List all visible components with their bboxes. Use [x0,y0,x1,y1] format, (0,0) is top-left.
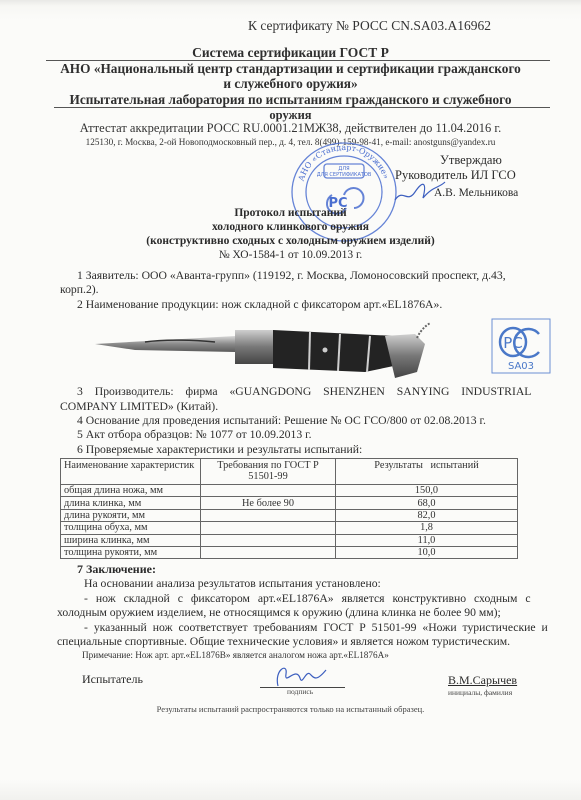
table-header-row: Наименование характеристик Требования по… [61,459,518,485]
tester-signature-icon [270,660,330,690]
requirement-cell: Не более 90 [201,497,336,509]
table-row: ширина клинка, мм11,0 [61,534,518,546]
organization-name-line1: АНО «Национальный центр стандартизации и… [0,61,581,77]
approval-name: А.В. Мельникова [434,187,518,199]
conclusion-intro: На основании анализа результатов испытан… [84,577,381,590]
product-name: 2 Наименование продукции: нож складной с… [77,298,442,311]
conclusion-point1-line2: холодным оружием изделием, не относящимс… [57,606,501,619]
table-row: общая длина ножа, мм150,0 [61,485,518,497]
protocol-subtitle-2: (конструктивно сходных с холодным оружие… [0,235,581,247]
characteristic-cell: толщина обуха, мм [61,522,201,534]
checked-characteristics-heading: 6 Проверяемые характеристики и результат… [77,443,362,456]
conclusion-point1-line1: - нож складной с фиксатором арт.«EL1876A… [84,592,531,605]
requirement-cell [201,534,336,546]
approval-position: Руководитель ИЛ ГСО [395,168,516,183]
laboratory-name-line1: Испытательная лаборатория по испытаниям … [0,92,581,108]
requirement-cell [201,522,336,534]
sampling-act: 5 Акт отбора образцов: № 1077 от 10.09.2… [77,428,312,441]
result-cell: 10,0 [336,546,518,558]
applicant-line1: 1 Заявитель: ООО «Аванта-групп» (119192,… [77,269,506,282]
characteristic-cell: длина клинка, мм [61,497,201,509]
svg-text:SA03: SA03 [508,361,534,372]
knife-photo-icon [95,322,430,380]
accreditation-line: Аттестат аккредитации РОСС RU.0001.21МЖ3… [0,121,581,136]
table-row: толщина рукояти, мм10,0 [61,546,518,558]
requirement-cell [201,485,336,497]
signature-caption: подпись [287,687,313,696]
applicant-line2: корп.2). [60,283,99,296]
table-row: длина клинка, ммНе более 9068,0 [61,497,518,509]
test-basis: 4 Основание для проведения испытаний: Ре… [77,414,486,427]
protocol-subtitle: холодного клинкового оружия [0,221,581,233]
tester-name-caption: инициалы, фамилия [448,688,512,697]
characteristic-cell: длина рукояти, мм [61,509,201,521]
conclusion-point2-line2: специальные спортивные. Общие технически… [57,635,510,648]
certificate-reference: К сертификату № РОСС CN.SA03.A16962 [248,18,491,34]
table-row: длина рукояти, мм82,0 [61,509,518,521]
manufacturer-line1: 3 Производитель: фирма «GUANGDONG SHENZH… [77,385,531,398]
characteristic-cell: толщина рукояти, мм [61,546,201,558]
result-cell: 150,0 [336,485,518,497]
tester-name: В.М.Сарычев [448,673,517,688]
tester-role: Испытатель [82,672,143,687]
requirement-cell [201,546,336,558]
result-cell: 11,0 [336,534,518,546]
certification-mark-icon: РС SA03 [491,318,551,374]
column-header-result: Результаты испытаний [336,459,518,485]
footer-disclaimer: Результаты испытаний распространяются то… [0,704,581,714]
svg-text:РС: РС [503,334,523,352]
table-row: толщина обуха, мм1,8 [61,522,518,534]
conclusion-note: Примечание: Нож арт. арт.«EL1876B» являе… [82,650,389,660]
result-cell: 82,0 [336,509,518,521]
result-cell: 68,0 [336,497,518,509]
conclusion-point2-line1: - указанный нож соответствует требования… [84,621,548,634]
column-header-requirement: Требования по ГОСТ Р 51501-99 [201,459,336,485]
conclusion-title: 7 Заключение: [77,562,156,577]
certification-system-title: Система сертификации ГОСТ Р [0,45,581,61]
svg-text:ДЛЯ СЕРТИФИКАТОВ: ДЛЯ СЕРТИФИКАТОВ [317,172,372,178]
protocol-number: № ХО-1584-1 от 10.09.2013 г. [0,249,581,261]
test-results-table: Наименование характеристик Требования по… [60,458,518,559]
protocol-title: Протокол испытаний [0,207,581,219]
column-header-characteristic: Наименование характеристик [61,459,201,485]
requirement-cell [201,509,336,521]
result-cell: 1,8 [336,522,518,534]
manufacturer-line2: COMPANY LIMITED» (Китай). [60,400,218,413]
approval-label: Утверждаю [440,153,502,168]
organization-name-line2: и служебного оружия» [0,76,581,92]
document-page: К сертификату № РОСС CN.SA03.A16962 Сист… [0,0,581,800]
characteristic-cell: ширина клинка, мм [61,534,201,546]
characteristic-cell: общая длина ножа, мм [61,485,201,497]
